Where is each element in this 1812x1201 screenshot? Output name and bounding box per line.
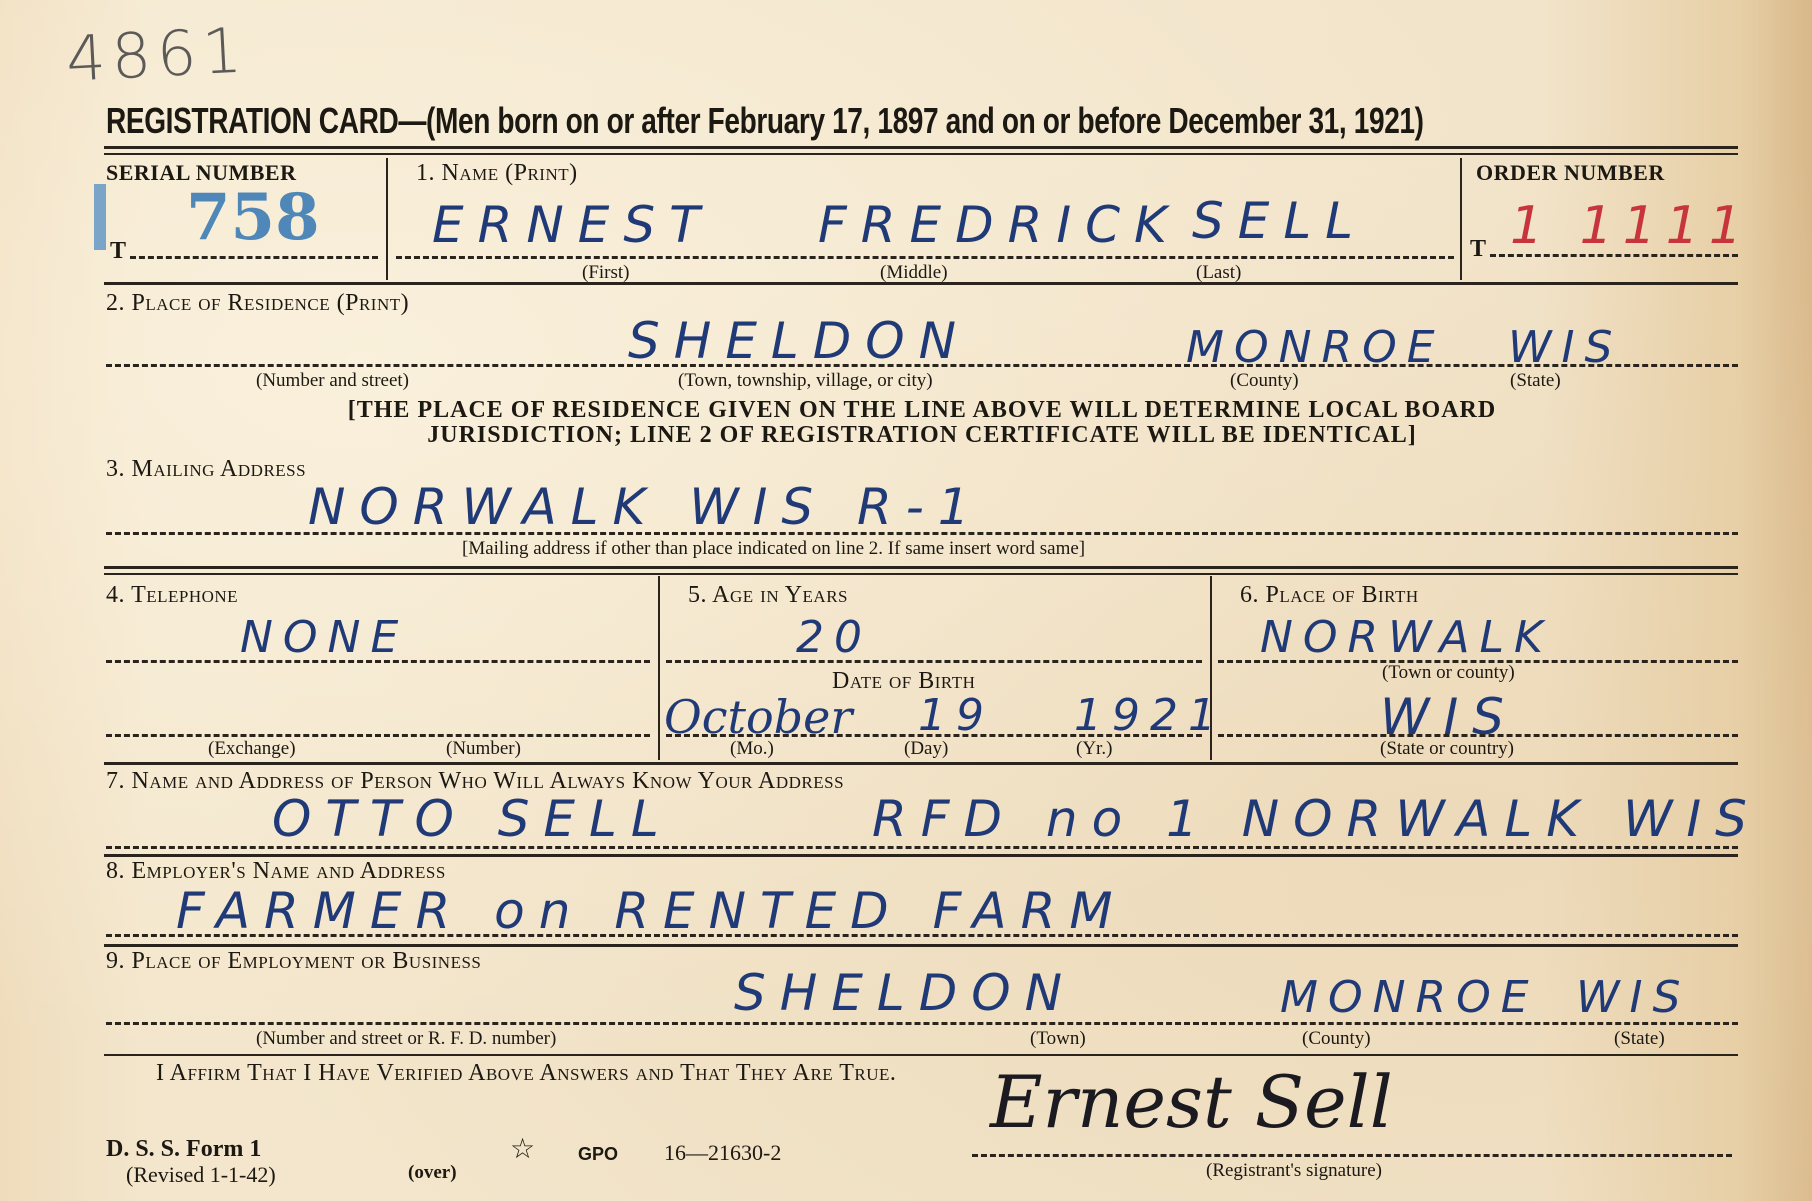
mailing-line xyxy=(106,532,1738,535)
mailing-label: 3. Mailing Address xyxy=(106,456,306,483)
signature-line xyxy=(972,1154,1732,1157)
caption-emp-county: (County) xyxy=(1302,1028,1371,1050)
divider xyxy=(1210,576,1212,760)
jurisdiction-notice-line1: [THE PLACE OF RESIDENCE GIVEN ON THE LIN… xyxy=(106,398,1738,423)
serial-line xyxy=(130,256,378,259)
divider xyxy=(104,146,1738,149)
stamp-mark xyxy=(94,184,106,250)
employment-state: WIS xyxy=(1576,972,1690,1023)
caption-state: (State) xyxy=(1510,370,1561,392)
employer-line xyxy=(106,934,1738,937)
name-last: SELL xyxy=(1192,192,1367,250)
divider xyxy=(658,576,660,760)
residence-town: SHELDON xyxy=(628,312,970,370)
employment-town: SHELDON xyxy=(734,964,1076,1022)
contact-line xyxy=(106,846,1738,849)
divider xyxy=(104,282,1738,285)
caption-emp-town: (Town) xyxy=(1030,1028,1086,1050)
caption-exchange: (Exchange) xyxy=(208,738,296,760)
employment-line xyxy=(106,1022,1738,1025)
affirmation-text: I Affirm That I Have Verified Above Answ… xyxy=(156,1060,896,1087)
divider xyxy=(104,762,1738,765)
name-middle: FREDRICK xyxy=(818,196,1181,254)
divider xyxy=(104,573,1738,575)
caption-day: (Day) xyxy=(904,738,948,760)
caption-first: (First) xyxy=(582,262,630,284)
registration-card: 4861 REGISTRATION CARD—(Men born on or a… xyxy=(0,0,1812,1201)
birthplace-state-line xyxy=(1218,734,1738,737)
name-line xyxy=(396,256,1454,259)
employment-county: MONROE xyxy=(1280,972,1539,1023)
caption-last: (Last) xyxy=(1196,262,1241,284)
file-number: 4861 xyxy=(64,13,249,95)
employment-label: 9. Place of Employment or Business xyxy=(106,948,481,975)
divider xyxy=(104,1054,1738,1056)
name-first: ERNEST xyxy=(432,196,714,254)
contact-name: OTTO SELL xyxy=(272,790,673,848)
star-icon: ☆ xyxy=(510,1132,535,1166)
age-line xyxy=(666,660,1202,663)
divider xyxy=(104,153,1738,155)
divider xyxy=(104,944,1738,947)
caption-middle: (Middle) xyxy=(880,262,948,284)
residence-label: 2. Place of Residence (Print) xyxy=(106,290,409,317)
signature-caption: (Registrant's signature) xyxy=(1206,1160,1382,1182)
caption-birth-town: (Town or county) xyxy=(1382,662,1515,684)
birthplace-label: 6. Place of Birth xyxy=(1240,582,1419,609)
divider xyxy=(104,566,1738,569)
divider xyxy=(386,158,388,280)
card-title: REGISTRATION CARD—(Men born on or after … xyxy=(106,100,1424,142)
gpo-mark: GPO xyxy=(578,1144,618,1165)
serial-prefix: T xyxy=(110,238,126,265)
dob-line xyxy=(666,734,1202,737)
divider xyxy=(1460,158,1462,280)
residence-line xyxy=(106,364,1738,367)
form-number: D. S. S. Form 1 xyxy=(106,1136,261,1163)
divider xyxy=(104,854,1738,857)
caption-year: (Yr.) xyxy=(1076,738,1112,760)
telephone-line xyxy=(106,660,650,663)
caption-town: (Town, township, village, or city) xyxy=(678,370,933,392)
name-label: 1. Name (Print) xyxy=(416,160,578,187)
caption-number: (Number) xyxy=(446,738,521,760)
print-code: 16—21630-2 xyxy=(664,1140,781,1166)
telephone-value: NONE xyxy=(240,612,408,663)
order-number-label: ORDER NUMBER xyxy=(1476,160,1665,186)
employer-value: FARMER on RENTED FARM xyxy=(176,882,1127,940)
serial-number-value: 758 xyxy=(186,180,320,255)
employer-label: 8. Employer's Name and Address xyxy=(106,858,446,885)
caption-month: (Mo.) xyxy=(730,738,774,760)
caption-birth-state: (State or country) xyxy=(1380,738,1514,760)
contact-address: RFD no 1 NORWALK WIS xyxy=(872,790,1761,848)
caption-emp-state: (State) xyxy=(1614,1028,1665,1050)
jurisdiction-notice-line2: JURISDICTION; LINE 2 OF REGISTRATION CER… xyxy=(106,423,1738,448)
caption-street: (Number and street) xyxy=(256,370,409,392)
over-note: (over) xyxy=(408,1162,457,1184)
form-revised: (Revised 1-1-42) xyxy=(126,1162,276,1188)
mailing-value: NORWALK WIS R-1 xyxy=(308,478,984,536)
age-label: 5. Age in Years xyxy=(688,582,848,609)
age-value: 20 xyxy=(796,612,872,663)
birthplace-town: NORWALK xyxy=(1260,612,1553,663)
registrant-signature: Ernest Sell xyxy=(990,1060,1393,1144)
mailing-caption: [Mailing address if other than place ind… xyxy=(462,538,1085,560)
order-line xyxy=(1490,254,1738,257)
telephone-label: 4. Telephone xyxy=(106,582,238,609)
order-number-value: 1 1111 xyxy=(1510,196,1752,256)
order-prefix: T xyxy=(1470,236,1486,263)
caption-county: (County) xyxy=(1230,370,1299,392)
telephone-number-line xyxy=(106,734,650,737)
caption-emp-street: (Number and street or R. F. D. number) xyxy=(256,1028,556,1050)
